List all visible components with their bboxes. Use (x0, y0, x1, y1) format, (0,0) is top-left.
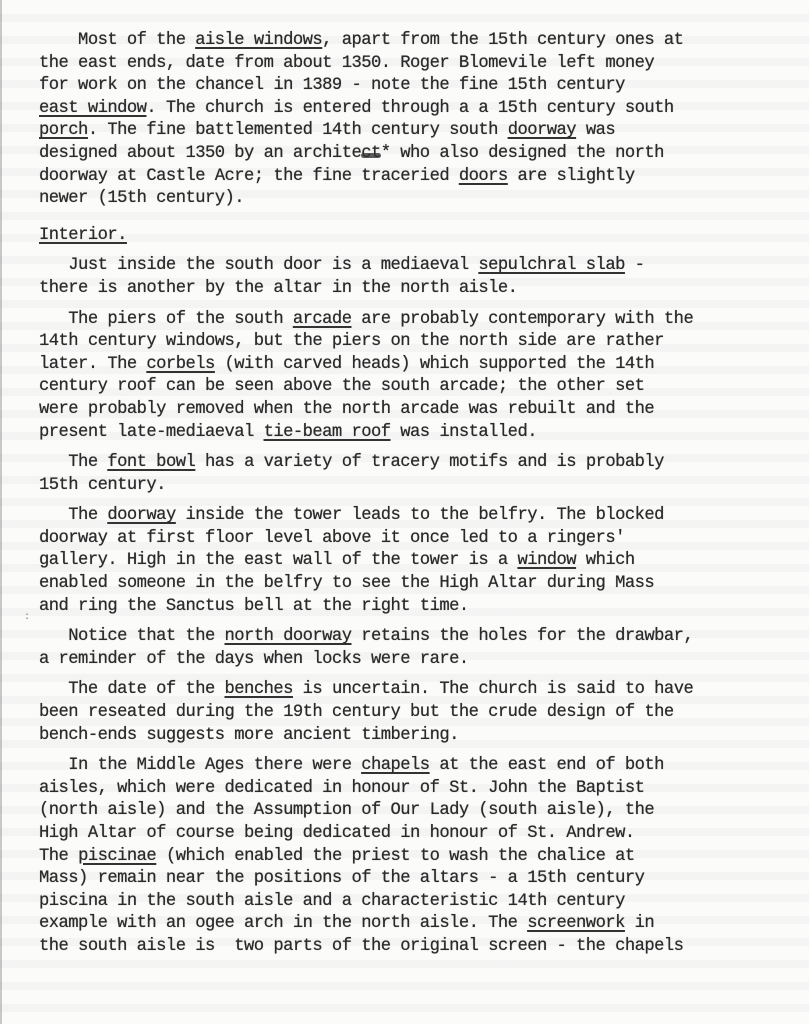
text-segment: is uncertain. The church is said to have (293, 680, 693, 699)
text-segment: and ring the Sanctus bell at the right t… (39, 597, 469, 616)
text-segment: retains the holes for the drawbar, (351, 627, 693, 646)
text-line: Notice that the north doorway retains th… (39, 626, 779, 649)
text-segment: has a variety of tracery motifs and is p… (195, 453, 664, 472)
underlined-term: doorway (107, 506, 175, 525)
paragraph: The font bowl has a variety of tracery m… (39, 452, 779, 497)
underlined-term: east window (39, 99, 146, 118)
text-line: example with an ogee arch in the north a… (39, 913, 779, 936)
text-segment: for work on the chancel in 1389 - note t… (39, 76, 625, 95)
text-segment: century roof can be seen above the south… (39, 377, 644, 396)
text-segment: Notice that the (39, 627, 225, 646)
stray-mark: : (24, 612, 30, 623)
text-segment: Most of the (39, 31, 195, 50)
text-line: gallery. High in the east wall of the to… (39, 550, 779, 573)
text-segment: in (625, 914, 654, 933)
paragraph: Notice that the north doorway retains th… (39, 626, 779, 671)
text-segment: 14th century windows, but the piers on t… (39, 332, 664, 351)
underlined-term: tie-beam roof (264, 423, 391, 442)
text-segment: * who also designed the north (381, 144, 664, 163)
text-segment: example with an ogee arch in the north a… (39, 914, 527, 933)
typewritten-page: Most of the aisle windows, apart from th… (39, 30, 779, 967)
text-line: and ring the Sanctus bell at the right t… (39, 596, 779, 619)
text-segment: at the east end of both (430, 756, 664, 775)
text-segment: . The fine battlemented 14th century sou… (88, 121, 508, 140)
text-segment: 15th century. (39, 476, 166, 495)
text-line: there is another by the altar in the nor… (39, 278, 779, 301)
text-segment: a reminder of the days when locks were r… (39, 650, 469, 669)
underlined-term: window (517, 551, 576, 570)
text-segment: inside the tower leads to the belfry. Th… (176, 506, 664, 525)
text-segment: aisles, which were dedicated in honour o… (39, 779, 644, 798)
text-line: Most of the aisle windows, apart from th… (39, 30, 779, 53)
text-segment: doorway at first floor level above it on… (39, 529, 625, 548)
text-line: east window. The church is entered throu… (39, 98, 779, 121)
text-segment: are probably contemporary with the (351, 310, 693, 329)
text-line: High Altar of course being dedicated in … (39, 823, 779, 846)
text-segment: High Altar of course being dedicated in … (39, 824, 635, 843)
text-segment: doorway at Castle Acre; the fine traceri… (39, 167, 459, 186)
paragraph: The doorway inside the tower leads to th… (39, 505, 779, 618)
text-line: The piers of the south arcade are probab… (39, 309, 779, 332)
text-segment: which (576, 551, 635, 570)
text-segment: newer (15th century). (39, 189, 244, 208)
text-segment: (with carved heads) which supported the … (215, 355, 654, 374)
text-segment: was installed. (391, 423, 537, 442)
underlined-term: Interior. (39, 226, 127, 245)
text-segment: there is another by the altar in the nor… (39, 279, 517, 298)
underlined-term: benches (225, 680, 293, 699)
paragraph: In the Middle Ages there were chapels at… (39, 755, 779, 958)
section-heading: Interior. (39, 225, 779, 248)
text-line: The date of the benches is uncertain. Th… (39, 679, 779, 702)
paragraph: Most of the aisle windows, apart from th… (39, 30, 779, 211)
underlined-term: screenwork (527, 914, 625, 933)
text-segment: In the Middle Ages there were (39, 756, 361, 775)
text-segment: piscina in the south aisle and a charact… (39, 892, 625, 911)
text-line: The doorway inside the tower leads to th… (39, 505, 779, 528)
underlined-term: arcade (293, 310, 352, 329)
text-line: newer (15th century). (39, 188, 779, 211)
text-segment: was (576, 121, 615, 140)
text-line: present late-mediaeval tie-beam roof was… (39, 422, 779, 445)
text-segment: been reseated during the 19th century bu… (39, 703, 674, 722)
underlined-term: font bowl (107, 453, 195, 472)
underlined-term: doorway (508, 121, 576, 140)
text-segment: present late-mediaeval (39, 423, 264, 442)
text-segment: The (39, 453, 107, 472)
text-line: a reminder of the days when locks were r… (39, 649, 779, 672)
text-line: The font bowl has a variety of tracery m… (39, 452, 779, 475)
text-line: enabled someone in the belfry to see the… (39, 573, 779, 596)
text-line: century roof can be seen above the south… (39, 376, 779, 399)
text-line: Mass) remain near the positions of the a… (39, 868, 779, 891)
text-line: doorway at Castle Acre; the fine traceri… (39, 166, 779, 189)
underlined-term: piscinae (78, 847, 156, 866)
underlined-term: sepulchral slab (478, 256, 624, 275)
text-line: In the Middle Ages there were chapels at… (39, 755, 779, 778)
text-segment: The (39, 506, 107, 525)
text-segment: Just inside the south door is a mediaeva… (39, 256, 478, 275)
text-segment: , apart from the 15th century ones at (322, 31, 683, 50)
text-line: bench-ends suggests more ancient timberi… (39, 725, 779, 748)
text-line: piscina in the south aisle and a charact… (39, 891, 779, 914)
text-line: the south aisle is two parts of the orig… (39, 936, 779, 959)
underlined-term: north doorway (225, 627, 352, 646)
underlined-term: aisle windows (195, 31, 322, 50)
text-segment: - (625, 256, 645, 275)
underlined-term: doors (459, 167, 508, 186)
text-line: Just inside the south door is a mediaeva… (39, 255, 779, 278)
text-line: later. The corbels (with carved heads) w… (39, 354, 779, 377)
overstruck-text: ct (361, 144, 381, 163)
text-segment: (north aisle) and the Assumption of Our … (39, 801, 654, 820)
text-line: porch. The fine battlemented 14th centur… (39, 120, 779, 143)
text-segment: gallery. High in the east wall of the to… (39, 551, 517, 570)
text-line: the east ends, date from about 1350. Rog… (39, 53, 779, 76)
text-segment: . The church is entered through a a 15th… (146, 99, 673, 118)
text-line: were probably removed when the north arc… (39, 399, 779, 422)
page-edge (0, 0, 2, 1024)
underlined-term: chapels (361, 756, 429, 775)
text-line: Interior. (39, 225, 779, 248)
paragraph: Just inside the south door is a mediaeva… (39, 255, 779, 300)
text-line: for work on the chancel in 1389 - note t… (39, 75, 779, 98)
text-segment: the east ends, date from about 1350. Rog… (39, 54, 654, 73)
text-segment: enabled someone in the belfry to see the… (39, 574, 654, 593)
text-line: 15th century. (39, 475, 779, 498)
text-segment: The piers of the south (39, 310, 293, 329)
text-segment: later. The (39, 355, 146, 374)
underlined-term: corbels (146, 355, 214, 374)
text-segment: the south aisle is two parts of the orig… (39, 937, 683, 956)
text-segment: were probably removed when the north arc… (39, 400, 654, 419)
paragraph: The piers of the south arcade are probab… (39, 309, 779, 445)
text-segment: designed about 1350 by an archite (39, 144, 361, 163)
text-line: (north aisle) and the Assumption of Our … (39, 800, 779, 823)
text-line: designed about 1350 by an architect* who… (39, 143, 779, 166)
text-segment: bench-ends suggests more ancient timberi… (39, 726, 459, 745)
text-segment: The (39, 847, 78, 866)
text-line: aisles, which were dedicated in honour o… (39, 778, 779, 801)
text-line: 14th century windows, but the piers on t… (39, 331, 779, 354)
text-segment: (which enabled the priest to wash the ch… (156, 847, 634, 866)
text-segment: Mass) remain near the positions of the a… (39, 869, 644, 888)
text-line: doorway at first floor level above it on… (39, 528, 779, 551)
text-segment: are slightly (508, 167, 635, 186)
text-segment: The date of the (39, 680, 225, 699)
text-line: been reseated during the 19th century bu… (39, 702, 779, 725)
text-line: The piscinae (which enabled the priest t… (39, 846, 779, 869)
paragraph: The date of the benches is uncertain. Th… (39, 679, 779, 747)
underlined-term: porch (39, 121, 88, 140)
